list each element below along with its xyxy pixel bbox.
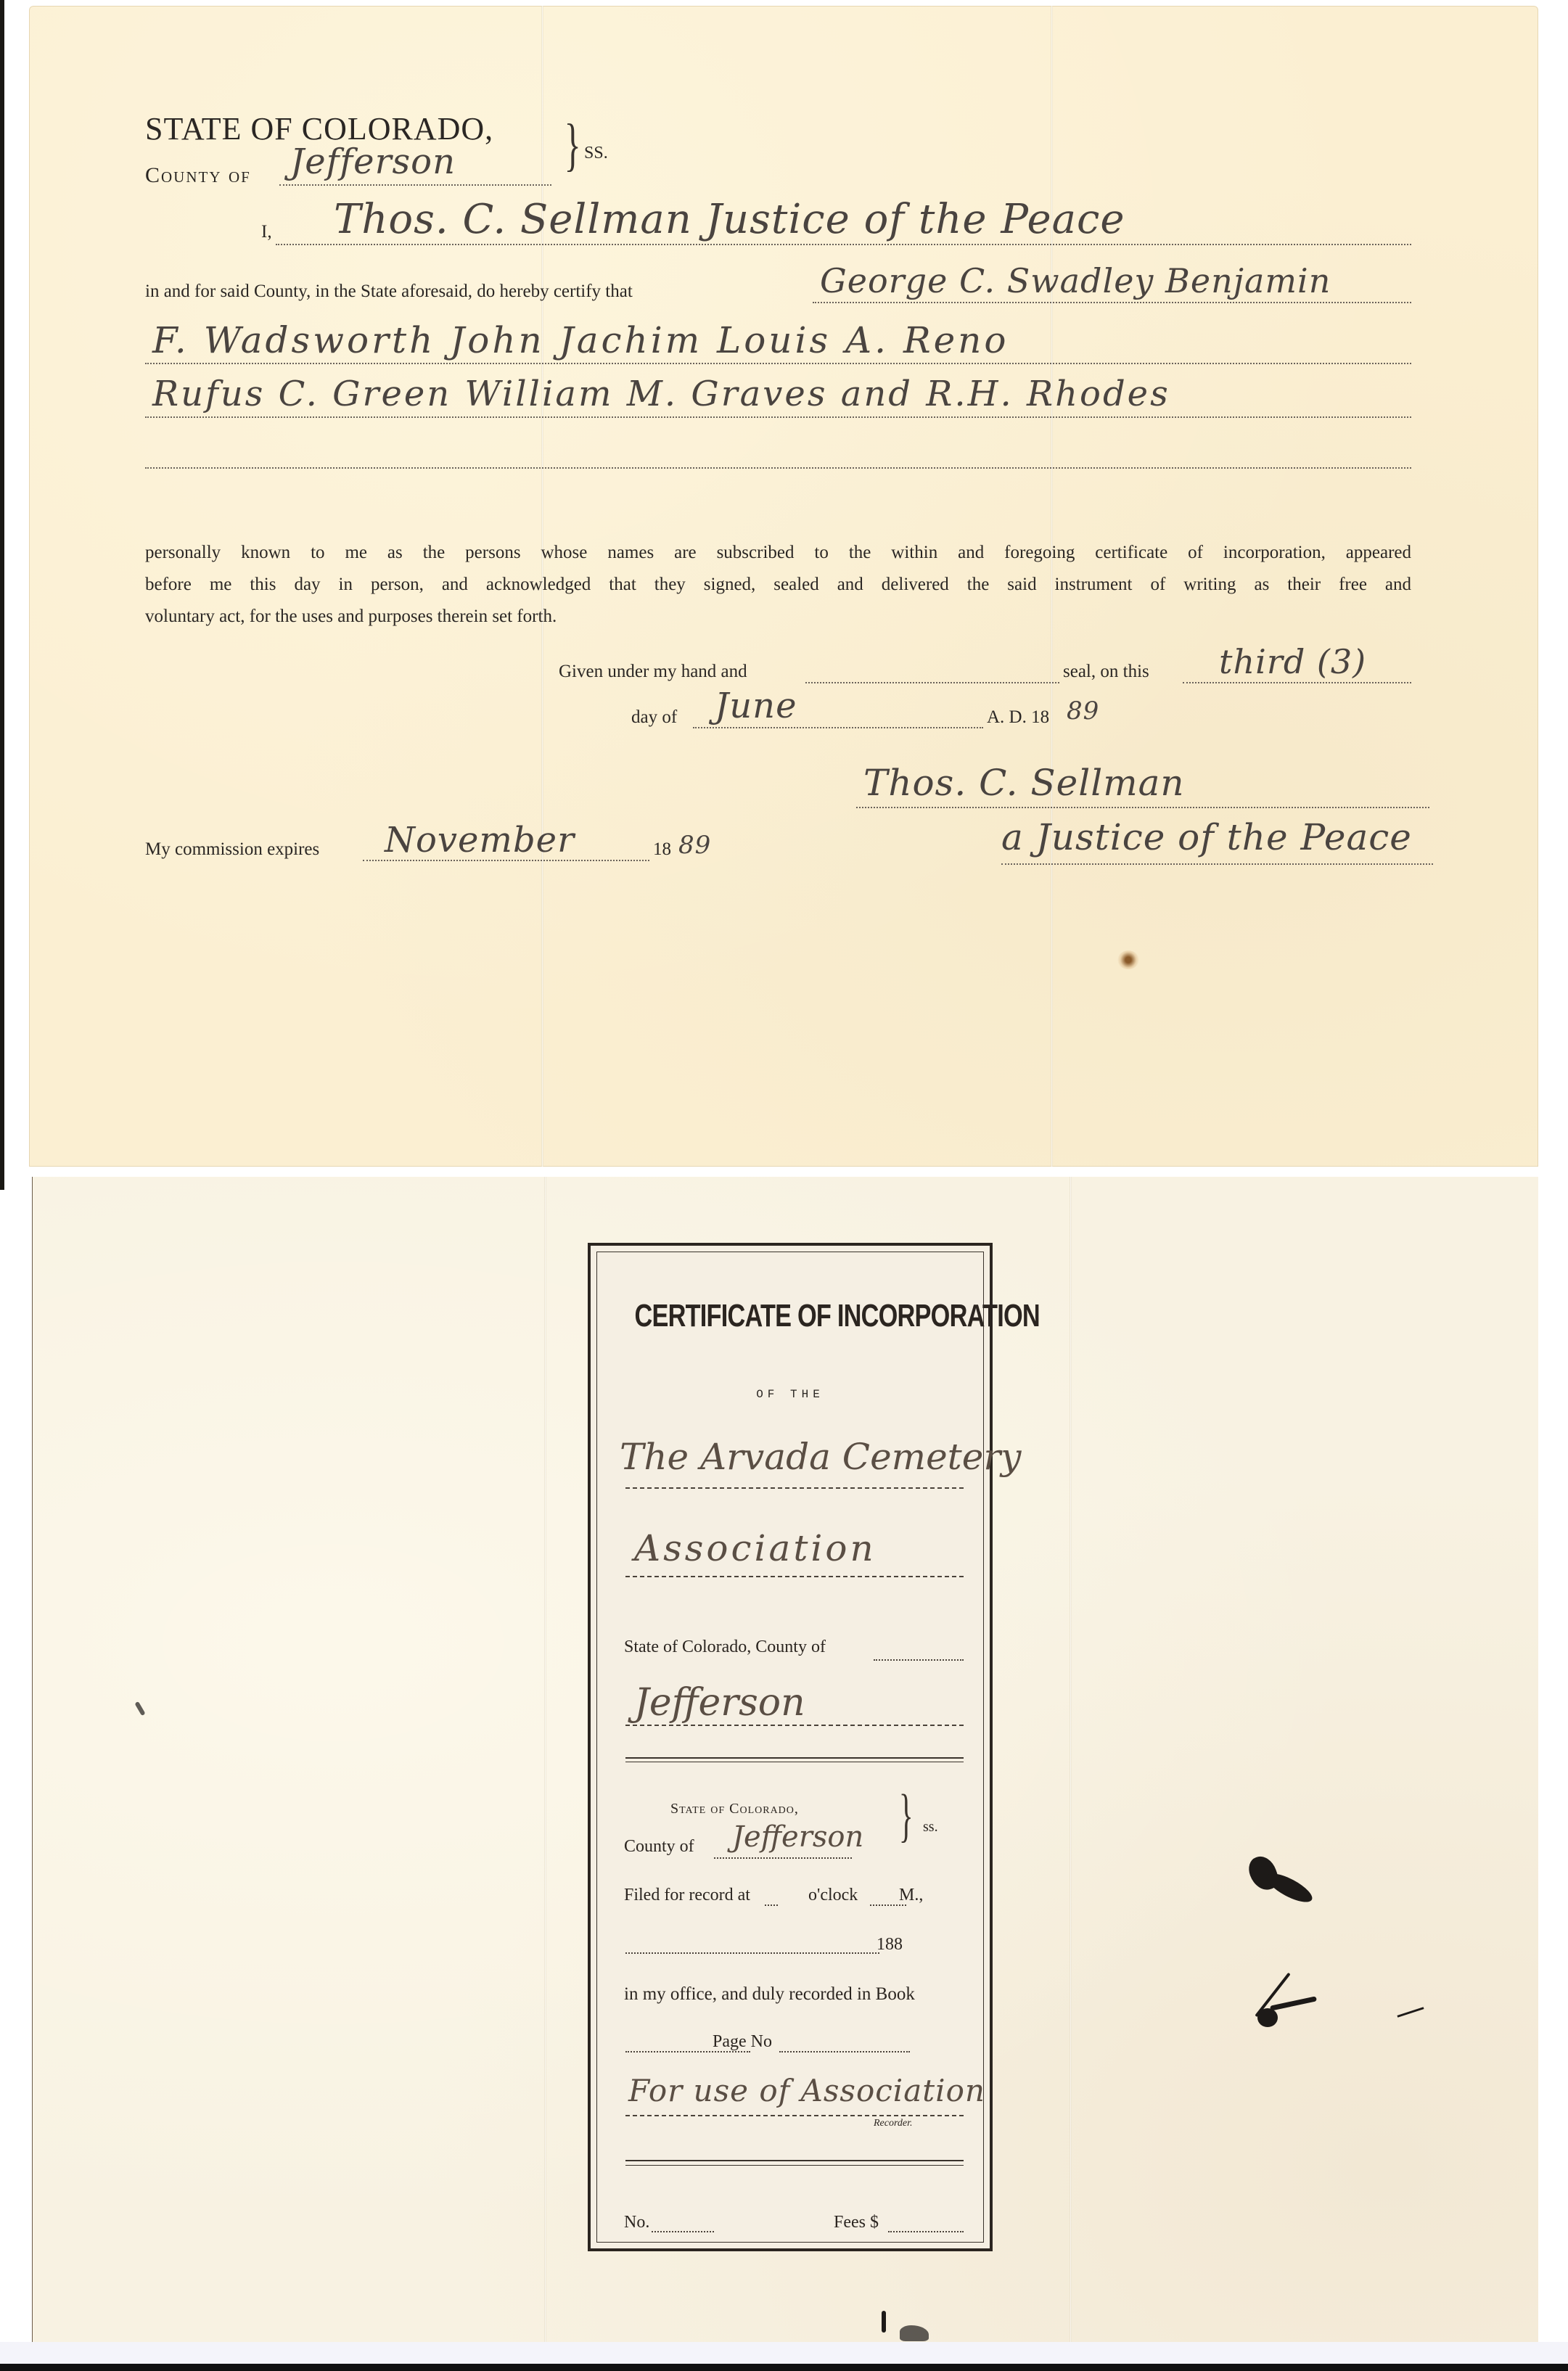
hand-field[interactable] — [805, 682, 1059, 683]
signature-field[interactable] — [856, 807, 1429, 808]
month-field[interactable] — [693, 727, 983, 728]
commission-label: My commission expires — [145, 839, 319, 860]
recorded-label: in my office, and duly recorded in Book — [624, 1984, 915, 2005]
fold-line — [1070, 1177, 1072, 2342]
org-name-line-1: The Arvada Cemetery — [620, 1436, 1022, 1478]
ss-county-label: County of — [624, 1837, 694, 1857]
ad-label: A. D. 18 — [987, 707, 1049, 728]
certify-line: in and for said County, in the State afo… — [145, 282, 633, 302]
seal-label: seal, on this — [1063, 662, 1149, 682]
day-of-label: day of — [631, 707, 677, 728]
names-field-2[interactable] — [145, 363, 1411, 364]
title-value: a Justice of the Peace — [1001, 816, 1412, 858]
month-value: June — [715, 686, 797, 726]
names-field-3[interactable] — [145, 416, 1411, 418]
names-field-4[interactable] — [145, 467, 1411, 469]
recorder-label: Recorder. — [874, 2118, 913, 2129]
filed-date-field[interactable] — [625, 1952, 879, 1954]
county-label: County of — [145, 163, 251, 188]
county-value: Jefferson — [290, 141, 456, 182]
names-field-1[interactable] — [813, 302, 1411, 303]
scan-border-left — [0, 0, 4, 1190]
no-field[interactable] — [652, 2231, 714, 2232]
year-prefix: 188 — [877, 1935, 903, 1955]
day-field[interactable] — [1183, 682, 1411, 683]
cover-title: CERTIFICATE OF INCORPORATION — [635, 1298, 946, 1334]
ss-county-value: Jefferson — [732, 1820, 863, 1854]
given-label: Given under my hand and — [559, 662, 747, 682]
filed-label: Filed for record at — [624, 1886, 750, 1905]
state-county-label: State of Colorado, County of — [624, 1637, 826, 1657]
cover-county-line[interactable] — [625, 1725, 964, 1726]
cover-county-field[interactable] — [874, 1659, 964, 1661]
m-label: M., — [899, 1886, 923, 1905]
cover-panel: CERTIFICATE OF INCORPORATION OF THE The … — [588, 1243, 993, 2251]
officer-field[interactable] — [276, 244, 1411, 245]
year-value: 89 — [1067, 696, 1099, 726]
recorder-value: For use of Association — [628, 2073, 985, 2108]
ss-label: ss. — [923, 1819, 938, 1836]
paragraph-line-2: before me this day in person, and acknow… — [145, 575, 1411, 595]
of-the-label: OF THE — [591, 1388, 990, 1401]
org-name-line-2: Association — [634, 1527, 877, 1569]
ss-state-heading: State of Colorado, — [670, 1801, 799, 1817]
oclock-label: o'clock — [808, 1886, 858, 1905]
ss-county-field[interactable] — [714, 1857, 852, 1859]
commission-year-value: 89 — [678, 831, 711, 860]
names-line-3: Rufus C. Green William M. Graves and R.H… — [152, 374, 1170, 414]
scan-margin — [0, 2342, 1568, 2364]
names-line-1: George C. Swadley Benjamin — [820, 261, 1331, 300]
section-divider — [625, 1757, 964, 1762]
day-value: third (3) — [1219, 642, 1366, 681]
commission-month: November — [385, 820, 575, 860]
i-label: I, — [261, 222, 272, 242]
paragraph-line-3: voluntary act, for the uses and purposes… — [145, 607, 557, 627]
names-line-2: F. Wadsworth John Jachim Louis A. Reno — [152, 319, 1009, 361]
org-name-field-2[interactable] — [625, 1576, 964, 1577]
org-name-field-1[interactable] — [625, 1487, 964, 1489]
brace: } — [565, 116, 581, 174]
commission-year-prefix: 18 — [653, 839, 671, 860]
paragraph-line-1: personally known to me as the persons wh… — [145, 543, 1411, 563]
fees-field[interactable] — [888, 2231, 964, 2232]
brace: } — [899, 1781, 914, 1849]
page-label: Page No — [713, 2032, 772, 2052]
ink-drip — [882, 2311, 886, 2333]
fold-line — [544, 1177, 546, 2342]
fees-label: Fees $ — [834, 2213, 879, 2232]
section-divider — [625, 2160, 964, 2166]
officer-value: Thos. C. Sellman Justice of the Peace — [334, 196, 1125, 243]
scan-border-bottom — [0, 2364, 1568, 2371]
cover-county-value: Jefferson — [634, 1681, 805, 1725]
county-field[interactable] — [279, 184, 551, 186]
no-label: No. — [624, 2213, 649, 2232]
page-field[interactable] — [779, 2051, 910, 2052]
ss-label: SS. — [584, 144, 608, 163]
hour-field[interactable] — [765, 1904, 778, 1906]
signature-value: Thos. C. Sellman — [863, 762, 1185, 804]
ink-stain — [1117, 950, 1139, 969]
title-field[interactable] — [1001, 863, 1433, 865]
recorder-field[interactable] — [625, 2115, 964, 2116]
